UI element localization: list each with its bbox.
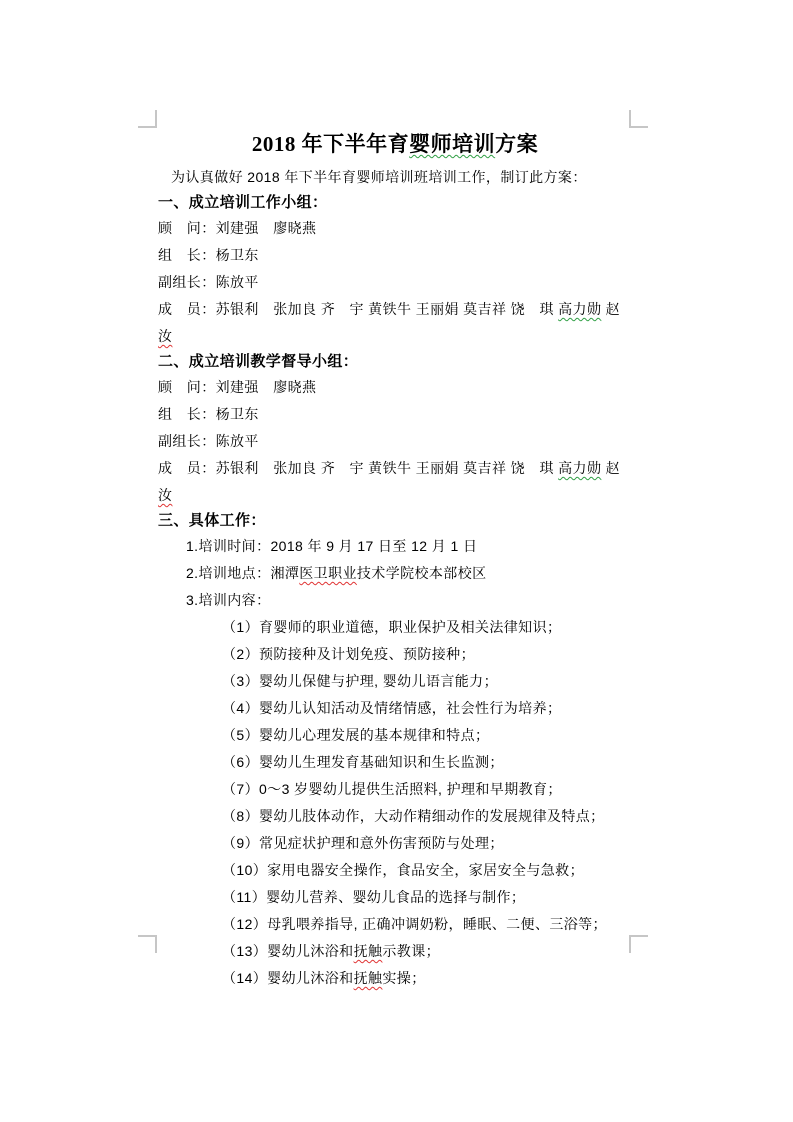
text-run: 2018 年下半年育: [252, 132, 409, 156]
content-item-9: （9）常见症状护理和意外伤害预防与处理；: [158, 830, 632, 857]
text-run: 顾 问：刘建强 廖晓燕: [158, 379, 316, 395]
training-content-label: 3.培训内容：: [158, 587, 632, 614]
content-item-2: （2）预防接种及计划免疫、预防接种；: [158, 641, 632, 668]
spelling-error-wavy-underline: 抚触: [354, 943, 383, 959]
text-run: 组 长：杨卫东: [158, 247, 259, 263]
text-area: 2018 年下半年育婴师培训方案为认真做好 2018 年下半年育婴师培训班培训工…: [158, 128, 632, 992]
spelling-error-wavy-underline: 抚触: [354, 970, 383, 986]
text-run: 成 员：苏银利 张加良 齐 宇 黄铁牛 王丽娟 莫吉祥 饶 琪: [158, 460, 558, 476]
text-run: （1）育婴师的职业道德，职业保护及相关法律知识；: [222, 619, 561, 635]
section-heading-3: 三、具体工作：: [158, 509, 632, 533]
text-run: 副组长：陈放平: [158, 433, 259, 449]
text-boundary-mark-top-left: [138, 110, 157, 128]
role-line-members: 成 员：苏银利 张加良 齐 宇 黄铁牛 王丽娟 莫吉祥 饶 琪 高力勋 赵 汝: [158, 455, 632, 509]
text-run: 为认真做好 2018 年下半年育婴师培训班培训工作，制订此方案：: [171, 169, 587, 185]
text-run: （10）家用电器安全操作，食品安全，家居安全与急救；: [222, 862, 584, 878]
text-run: 赵: [601, 301, 634, 317]
text-run: 技术学院校本部校区: [357, 565, 487, 581]
document-page: { "colors": { "spelling_underline": "#e0…: [0, 0, 793, 1122]
text-run: （2）预防接种及计划免疫、预防接种；: [222, 646, 475, 662]
text-run: （4）婴幼儿认知活动及情绪情感，社会性行为培养；: [222, 700, 561, 716]
text-run: （11）婴幼儿营养、婴幼儿食品的选择与制作；: [222, 889, 525, 905]
content-item-3: （3）婴幼儿保健与护理, 婴幼儿语言能力；: [158, 668, 632, 695]
text-boundary-mark-top-right: [629, 110, 648, 128]
content-item-6: （6）婴幼儿生理发育基础知识和生长监测；: [158, 749, 632, 776]
role-line-deputy-leader: 副组长：陈放平: [158, 269, 632, 296]
text-run: 二、成立培训教学督导小组：: [158, 353, 358, 370]
text-run: （7）0～3 岁婴幼儿提供生活照料, 护理和早期教育；: [222, 781, 562, 797]
text-run: 顾 问：刘建强 廖晓燕: [158, 220, 316, 236]
text-run: 3.培训内容：: [186, 592, 270, 608]
training-location: 2.培训地点：湘潭医卫职业技术学院校本部校区: [158, 560, 632, 587]
text-run: （12）母乳喂养指导, 正确冲调奶粉，睡眠、二便、三浴等；: [222, 916, 607, 932]
text-run: （9）常见症状护理和意外伤害预防与处理；: [222, 835, 504, 851]
role-line-deputy-leader: 副组长：陈放平: [158, 428, 632, 455]
text-run: （14）婴幼儿沐浴和: [222, 970, 354, 986]
training-time: 1.培训时间：2018 年 9 月 17 日至 12 月 1 日: [158, 533, 632, 560]
role-line-leader: 组 长：杨卫东: [158, 242, 632, 269]
text-run: 副组长：陈放平: [158, 274, 259, 290]
intro-paragraph: 为认真做好 2018 年下半年育婴师培训班培训工作，制订此方案：: [158, 164, 632, 191]
text-run: 方案: [495, 132, 538, 156]
role-line-advisor: 顾 问：刘建强 廖晓燕: [158, 215, 632, 242]
content-item-1: （1）育婴师的职业道德，职业保护及相关法律知识；: [158, 614, 632, 641]
text-run: 实操；: [382, 970, 425, 986]
text-run: （3）婴幼儿保健与护理, 婴幼儿语言能力；: [222, 673, 498, 689]
text-boundary-mark-bottom-left: [138, 935, 157, 953]
text-run: 一、成立培训工作小组：: [158, 194, 327, 211]
text-run: 三、具体工作：: [158, 512, 266, 529]
content-item-8: （8）婴幼儿肢体动作，大动作精细动作的发展规律及特点；: [158, 803, 632, 830]
role-line-members: 成 员：苏银利 张加良 齐 宇 黄铁牛 王丽娟 莫吉祥 饶 琪 高力勋 赵 汝: [158, 296, 632, 350]
spelling-error-wavy-underline: 汝: [158, 328, 172, 344]
content-item-10: （10）家用电器安全操作，食品安全，家居安全与急救；: [158, 857, 632, 884]
text-run: 1.培训时间：2018 年 9 月 17 日至 12 月 1 日: [186, 538, 477, 554]
text-run: （5）婴幼儿心理发展的基本规律和特点；: [222, 727, 489, 743]
text-run: （6）婴幼儿生理发育基础知识和生长监测；: [222, 754, 504, 770]
text-run: （13）婴幼儿沐浴和: [222, 943, 354, 959]
text-run: 赵: [601, 460, 634, 476]
section-heading-1: 一、成立培训工作小组：: [158, 191, 632, 215]
section-heading-2: 二、成立培训教学督导小组：: [158, 350, 632, 374]
grammar-error-wavy-underline: 高力勋: [558, 460, 601, 476]
grammar-error-wavy-underline: 高力勋: [558, 301, 601, 317]
text-run: （8）婴幼儿肢体动作，大动作精细动作的发展规律及特点；: [222, 808, 605, 824]
text-run: 成 员：苏银利 张加良 齐 宇 黄铁牛 王丽娟 莫吉祥 饶 琪: [158, 301, 558, 317]
content-item-12: （12）母乳喂养指导, 正确冲调奶粉，睡眠、二便、三浴等；: [158, 911, 632, 938]
content-item-7: （7）0～3 岁婴幼儿提供生活照料, 护理和早期教育；: [158, 776, 632, 803]
content-item-11: （11）婴幼儿营养、婴幼儿食品的选择与制作；: [158, 884, 632, 911]
spelling-error-wavy-underline: 医卫职业: [299, 565, 357, 581]
content-item-14: （14）婴幼儿沐浴和抚触实操；: [158, 965, 632, 992]
spelling-error-wavy-underline: 汝: [158, 487, 172, 503]
text-run: 示教课；: [382, 943, 440, 959]
content-item-5: （5）婴幼儿心理发展的基本规律和特点；: [158, 722, 632, 749]
grammar-error-wavy-underline: 婴师培训: [409, 132, 495, 156]
role-line-leader: 组 长：杨卫东: [158, 401, 632, 428]
text-run: 2.培训地点：湘潭: [186, 565, 299, 581]
document-title: 2018 年下半年育婴师培训方案: [158, 128, 632, 160]
role-line-advisor: 顾 问：刘建强 廖晓燕: [158, 374, 632, 401]
content-item-13: （13）婴幼儿沐浴和抚触示教课；: [158, 938, 632, 965]
content-item-4: （4）婴幼儿认知活动及情绪情感，社会性行为培养；: [158, 695, 632, 722]
text-run: 组 长：杨卫东: [158, 406, 259, 422]
